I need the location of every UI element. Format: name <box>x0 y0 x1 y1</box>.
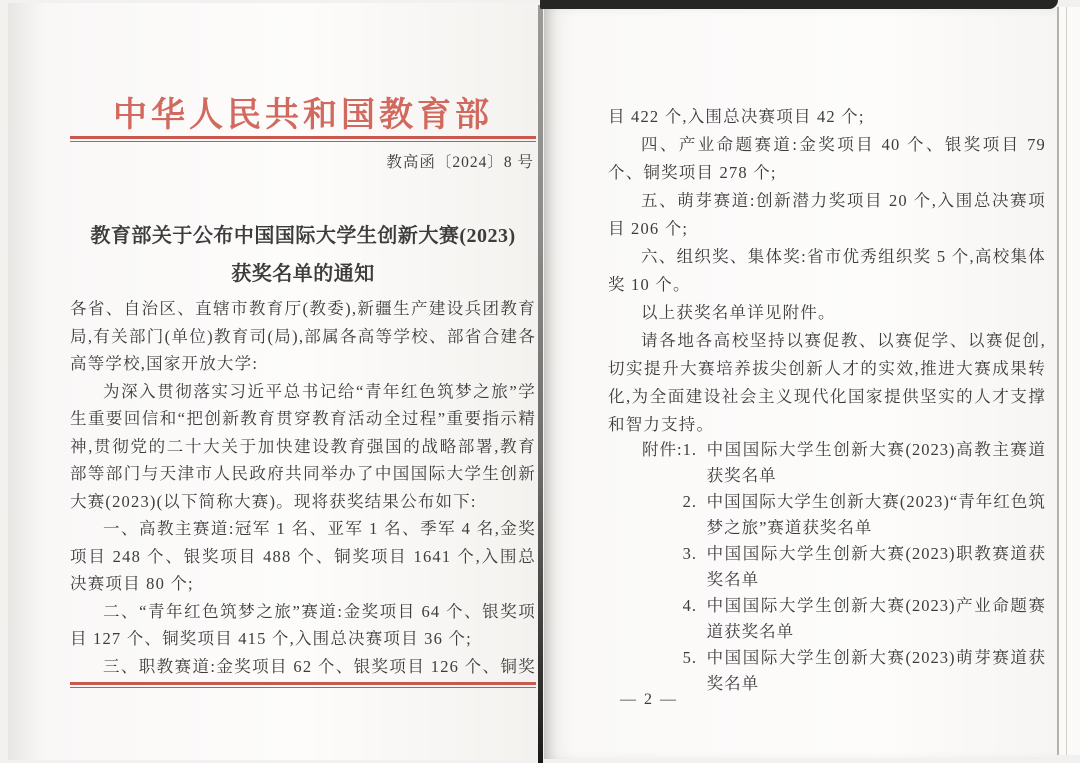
attachment-row: 附件: 1. 中国国际大学生创新大赛(2023)高教主赛道获奖名单 2. 中国国… <box>608 437 1046 697</box>
attachment-item-title: 中国国际大学生创新大赛(2023)萌芽赛道获奖名单 <box>707 645 1046 697</box>
attachment-item: 1. 中国国际大学生创新大赛(2023)高教主赛道获奖名单 <box>683 437 1046 489</box>
attachment-item-number: 3. <box>683 541 707 593</box>
document-title: 教育部关于公布中国国际大学生创新大赛(2023) 获奖名单的通知 <box>70 217 536 293</box>
document-number: 教高函〔2024〕8 号 <box>386 150 534 172</box>
left-page-body: 各省、自治区、直辖市教育厅(教委),新疆生产建设兵团教育局,有关部门(单位)教育… <box>70 295 536 681</box>
document-title-line1: 教育部关于公布中国国际大学生创新大赛(2023) <box>70 217 536 255</box>
attachment-item-title: 中国国际大学生创新大赛(2023)“青年红色筑梦之旅”赛道获奖名单 <box>707 489 1046 541</box>
attachment-item-title: 中国国际大学生创新大赛(2023)职教赛道获奖名单 <box>707 541 1046 593</box>
body-paragraph: 请各地各高校坚持以赛促教、以赛促学、以赛促创,切实提升大赛培养拔尖创新人才的实效… <box>608 327 1046 439</box>
page-number: — 2 — <box>620 691 678 709</box>
attachment-item-title: 中国国际大学生创新大赛(2023)高教主赛道获奖名单 <box>707 437 1046 489</box>
body-paragraph: 四、产业命题赛道:金奖项目 40 个、银奖项目 79 个、铜奖项目 278 个; <box>608 131 1046 187</box>
document-photo: 中华人民共和国教育部 教高函〔2024〕8 号 教育部关于公布中国国际大学生创新… <box>0 0 1080 763</box>
body-paragraph: 六、组织奖、集体奖:省市优秀组织奖 5 个,高校集体奖 10 个。 <box>608 243 1046 299</box>
header-rule <box>70 136 536 142</box>
attachment-item-number: 2. <box>683 489 707 541</box>
attachment-item: 5. 中国国际大学生创新大赛(2023)萌芽赛道获奖名单 <box>683 645 1046 697</box>
body-paragraph: 以上获奖名单详见附件。 <box>608 299 1046 327</box>
page-left: 中华人民共和国教育部 教高函〔2024〕8 号 教育部关于公布中国国际大学生创新… <box>8 3 539 760</box>
attachment-list: 1. 中国国际大学生创新大赛(2023)高教主赛道获奖名单 2. 中国国际大学生… <box>683 437 1046 697</box>
body-paragraph: 五、萌芽赛道:创新潜力奖项目 20 个,入围总决赛项目 206 个; <box>608 187 1046 243</box>
page-left-content: 中华人民共和国教育部 教高函〔2024〕8 号 教育部关于公布中国国际大学生创新… <box>70 3 536 760</box>
attachment-block: 附件: 1. 中国国际大学生创新大赛(2023)高教主赛道获奖名单 2. 中国国… <box>608 437 1046 697</box>
attachment-item-number: 5. <box>683 645 707 697</box>
body-paragraph: 目 422 个,入围总决赛项目 42 个; <box>608 103 1046 131</box>
body-paragraph: 二、“青年红色筑梦之旅”赛道:金奖项目 64 个、银奖项目 127 个、铜奖项目… <box>70 598 536 653</box>
attachment-label: 附件: <box>642 437 683 697</box>
attachment-item-number: 1. <box>683 437 707 489</box>
attachment-item: 2. 中国国际大学生创新大赛(2023)“青年红色筑梦之旅”赛道获奖名单 <box>683 489 1046 541</box>
document-title-line2: 获奖名单的通知 <box>70 255 536 293</box>
ministry-header: 中华人民共和国教育部 <box>70 87 536 136</box>
page-edge-stack <box>1057 7 1080 755</box>
page-right-content: 目 422 个,入围总决赛项目 42 个; 四、产业命题赛道:金奖项目 40 个… <box>608 9 1046 759</box>
page-right: 目 422 个,入围总决赛项目 42 个; 四、产业命题赛道:金奖项目 40 个… <box>544 9 1057 759</box>
page-spine-shadow <box>538 5 543 763</box>
attachment-item: 4. 中国国际大学生创新大赛(2023)产业命题赛道获奖名单 <box>683 593 1046 645</box>
body-paragraph: 各省、自治区、直辖市教育厅(教委),新疆生产建设兵团教育局,有关部门(单位)教育… <box>70 295 536 378</box>
attachment-item-number: 4. <box>683 593 707 645</box>
footer-rule <box>70 682 536 688</box>
attachment-item: 3. 中国国际大学生创新大赛(2023)职教赛道获奖名单 <box>683 541 1046 593</box>
photo-dark-edge <box>540 0 1058 9</box>
body-paragraph: 为深入贯彻落实习近平总书记给“青年红色筑梦之旅”学生重要回信和“把创新教育贯穿教… <box>70 378 536 516</box>
body-paragraph: 三、职教赛道:金奖项目 62 个、银奖项目 126 个、铜奖项 <box>70 653 536 682</box>
right-page-body: 目 422 个,入围总决赛项目 42 个; 四、产业命题赛道:金奖项目 40 个… <box>608 103 1046 439</box>
body-paragraph: 一、高教主赛道:冠军 1 名、亚军 1 名、季军 4 名,金奖项目 248 个、… <box>70 515 536 598</box>
attachment-item-title: 中国国际大学生创新大赛(2023)产业命题赛道获奖名单 <box>707 593 1046 645</box>
